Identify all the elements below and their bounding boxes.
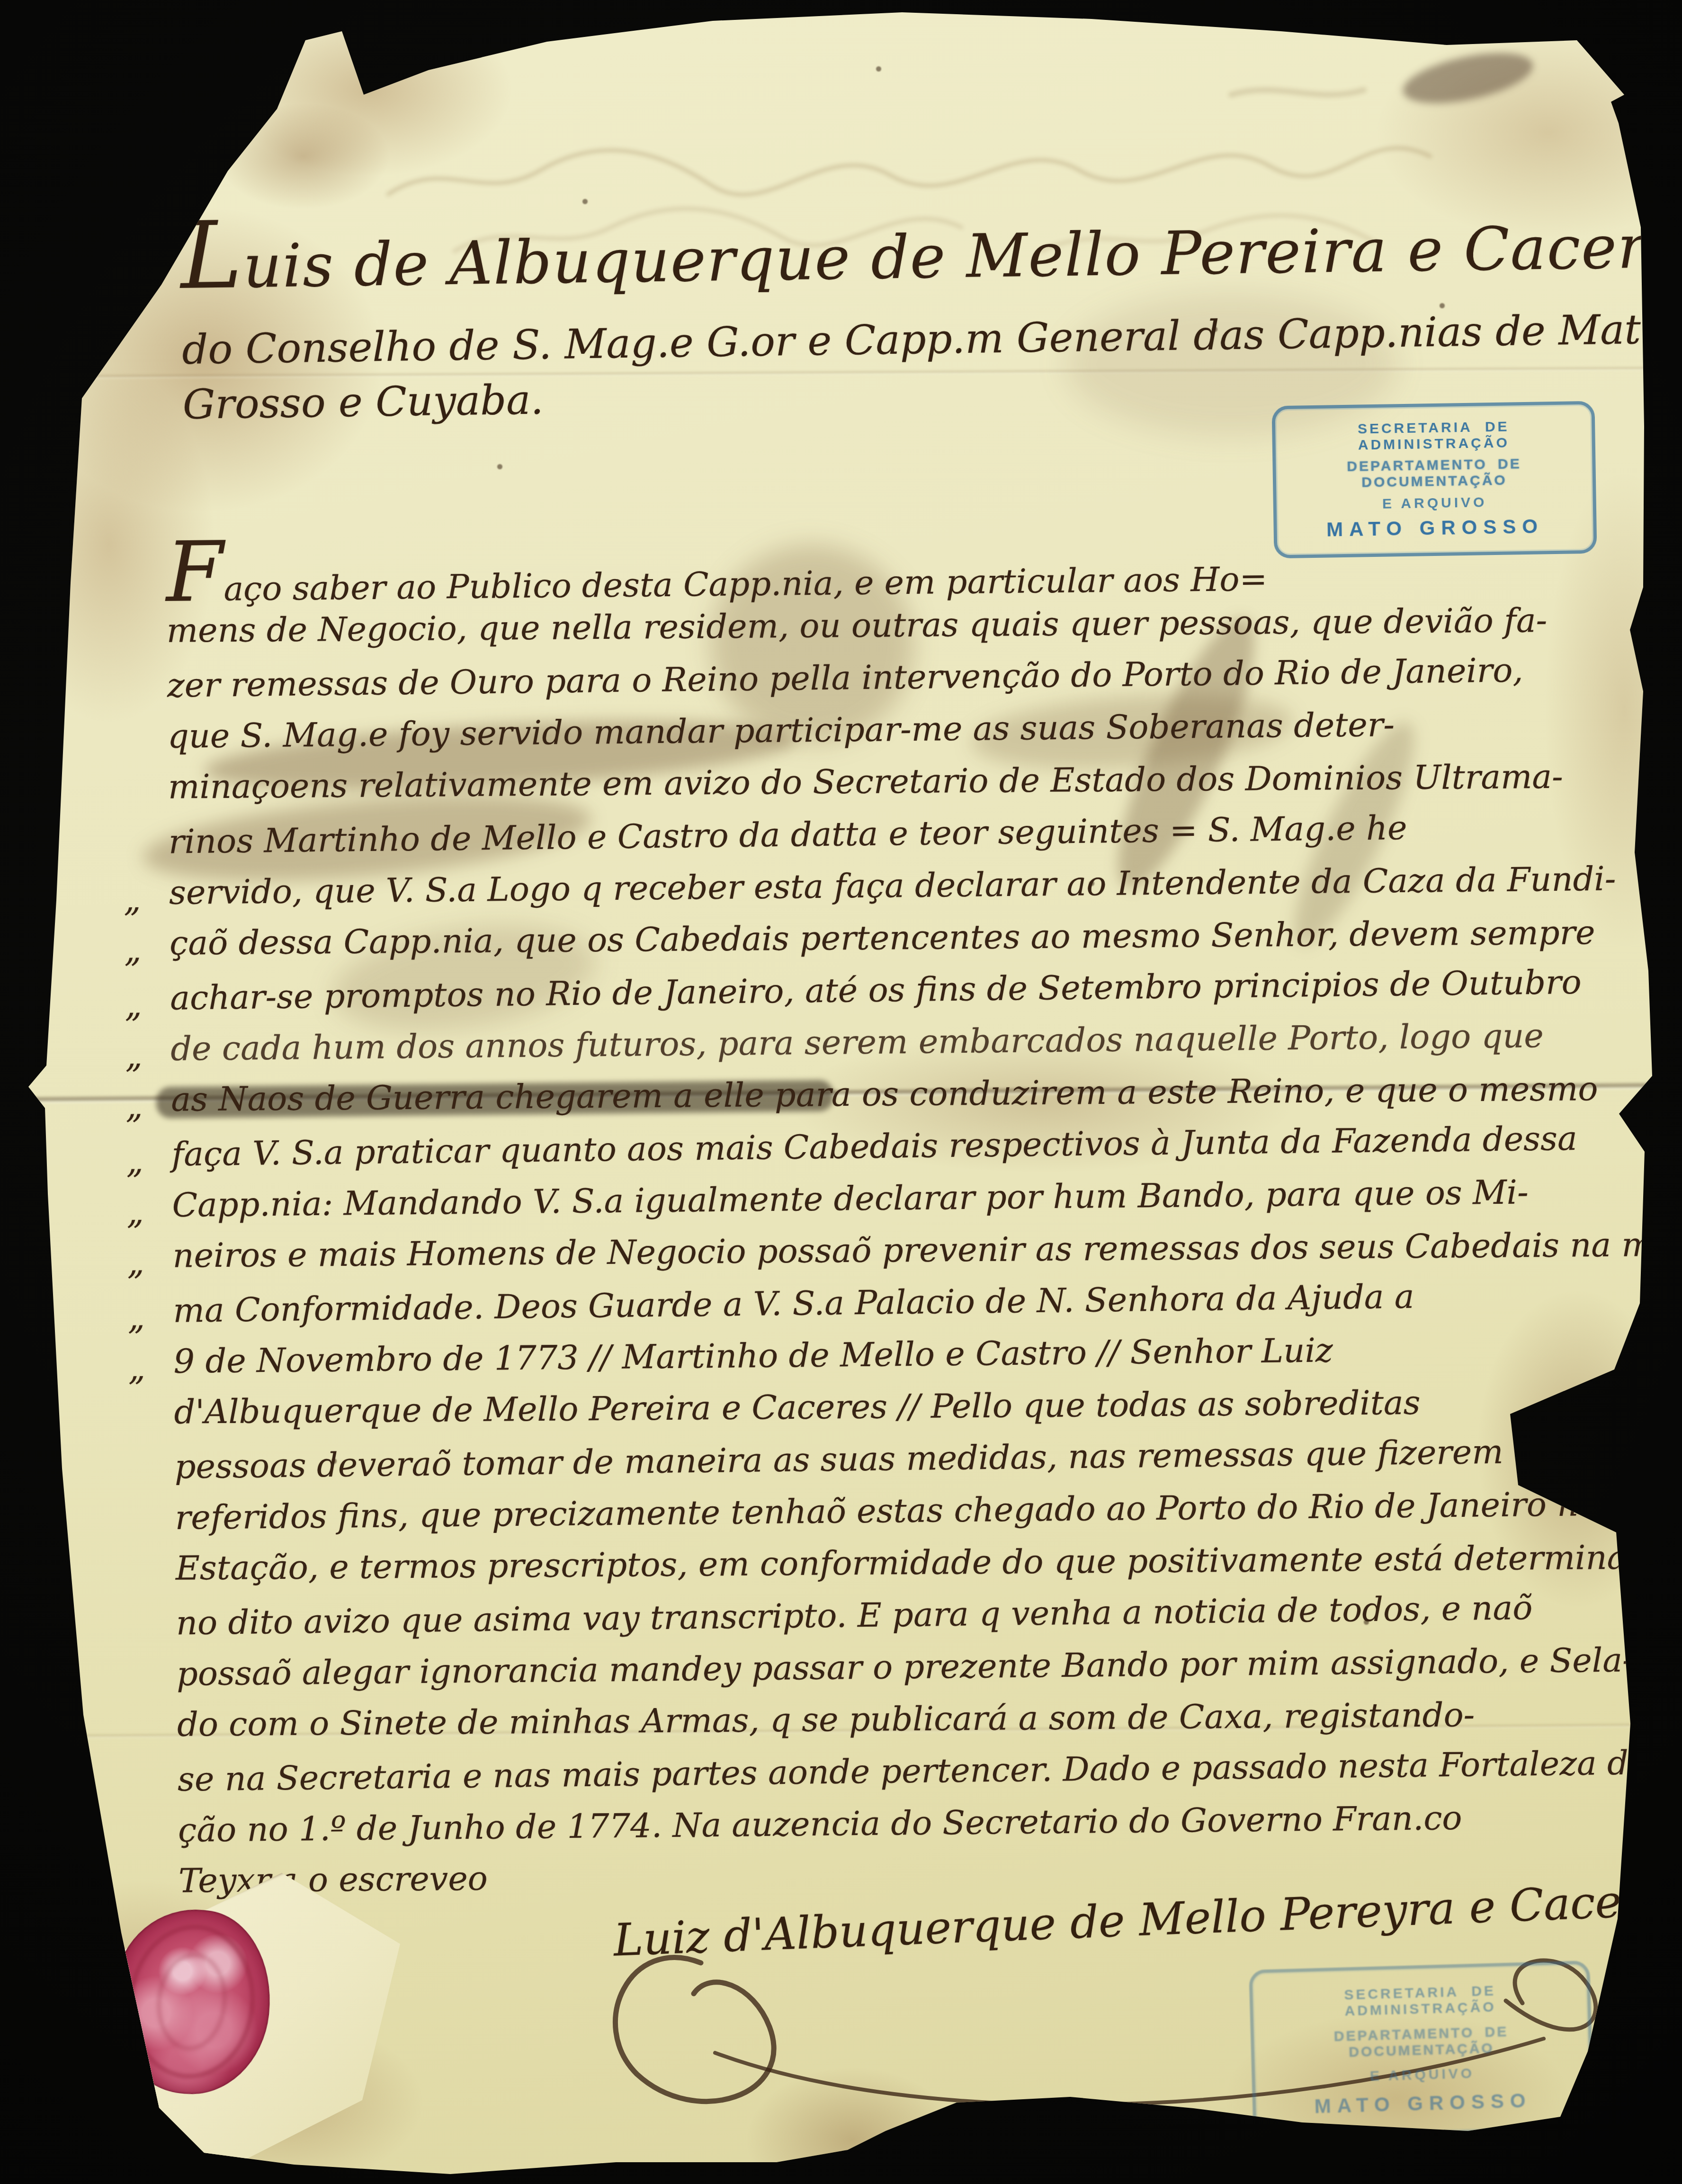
- manuscript-line-text: referidos fins, que precizamente tenhaõ …: [175, 1485, 1598, 1537]
- stamp-line: SECRETARIA DE ADMINISTRAÇÃO: [1286, 418, 1582, 455]
- stamp-line: E ARQUIVO: [1382, 494, 1487, 512]
- manuscript-line: Faço saber ao Publico desta Capp.nia, e …: [118, 528, 1663, 594]
- manuscript-line-text: possaõ alegar ignorancia mandey passar o…: [177, 1640, 1634, 1693]
- quotation-mark: „: [125, 1080, 145, 1132]
- paper-speck: [876, 66, 881, 72]
- manuscript-line-text: 9 de Novembro de 1773 // Martinho de Mel…: [173, 1331, 1333, 1380]
- manuscript-line-text: zer remessas de Ouro para o Reino pella …: [167, 651, 1523, 705]
- manuscript-line-text: ção no 1.º de Junho de 1774. Na auzencia…: [178, 1799, 1462, 1850]
- manuscript-line-text: pessoas deveraõ tomar de maneira as suas…: [174, 1431, 1631, 1486]
- manuscript-line-text: do com o Sinete de minhas Armas, q se pu…: [177, 1695, 1475, 1744]
- manuscript-line-text: Capp.nia: Mandando V. S.a igualmente dec…: [172, 1173, 1529, 1224]
- manuscript-line-text: Estação, e termos prescriptos, em confor…: [176, 1538, 1668, 1588]
- manuscript-line-text: Teyxr.a o escreveo: [179, 1859, 488, 1900]
- manuscript-line-text: çaõ dessa Capp.nia, que os Cabedais pert…: [170, 913, 1595, 963]
- manuscript-line-text: faça V. S.a praticar quanto aos mais Cab…: [171, 1119, 1577, 1174]
- author-name-line: Luis de Albuquerque de Mello Pereira e C…: [180, 183, 1602, 310]
- manuscript-line-text: ma Conformidade. Deos Guarde a V. S.a Pa…: [173, 1277, 1414, 1330]
- manuscript-line-text: se na Secretaria e nas mais partes aonde…: [178, 1742, 1682, 1799]
- manuscript-line-text: achar-se promptos no Rio de Janeiro, até…: [170, 963, 1582, 1018]
- stamp-line: E ARQUIVO: [1369, 2066, 1475, 2085]
- paper-speck: [497, 464, 502, 469]
- manuscript-line-text: de cada hum dos annos futuros, para sere…: [170, 1016, 1544, 1068]
- manuscript-line-text: neiros e mais Homens de Negocio possaõ p…: [172, 1225, 1682, 1275]
- manuscript-line-text: as Naos de Guerra chegarem a elle para o…: [171, 1069, 1598, 1119]
- stamp-line: DEPARTAMENTO DE DOCUMENTAÇÃO: [1286, 455, 1582, 492]
- manuscript-line-text: no dito avizo que asima vay transcripto.…: [176, 1588, 1532, 1642]
- manuscript-line-text: minaçoens relativamente em avizo do Secr…: [168, 757, 1563, 806]
- quotation-mark: „: [124, 924, 143, 976]
- manuscript-page: Luis de Albuquerque de Mello Pereira e C…: [0, 0, 1682, 2184]
- archive-stamp-bottom: SECRETARIA DE ADMINISTRAÇÃO DEPARTAMENTO…: [1249, 1960, 1594, 2139]
- stamp-line: DEPARTAMENTO DE DOCUMENTAÇÃO: [1264, 2022, 1579, 2062]
- document-heading: Luis de Albuquerque de Mello Pereira e C…: [180, 183, 1603, 429]
- manuscript-line-text: d'Albuquerque de Mello Pereira e Caceres…: [174, 1383, 1420, 1432]
- stamp-line: SECRETARIA DE ADMINISTRAÇÃO: [1263, 1981, 1577, 2022]
- manuscript-line-text: rinos Martinho de Mello e Castro da datt…: [169, 808, 1407, 861]
- stamp-line: MATO GROSSO: [1314, 2089, 1532, 2118]
- author-titles-line: do Conselho de S. Mag.e G.or e Capp.m Ge…: [182, 306, 1603, 374]
- manuscript-line-text: que S. Mag.e foy servido mandar particip…: [168, 705, 1395, 756]
- quotation-mark: „: [127, 1236, 146, 1289]
- photograph-background: Luis de Albuquerque de Mello Pereira e C…: [0, 0, 1682, 2184]
- manuscript-body: Faço saber ao Publico desta Capp.nia, e …: [118, 528, 1675, 1909]
- ink-blot: [1399, 44, 1538, 113]
- manuscript-line-text: servido, que V. S.a Logo q receber esta …: [169, 859, 1616, 912]
- manuscript-line-text: mens de Negocio, que nella residem, ou o…: [166, 601, 1547, 650]
